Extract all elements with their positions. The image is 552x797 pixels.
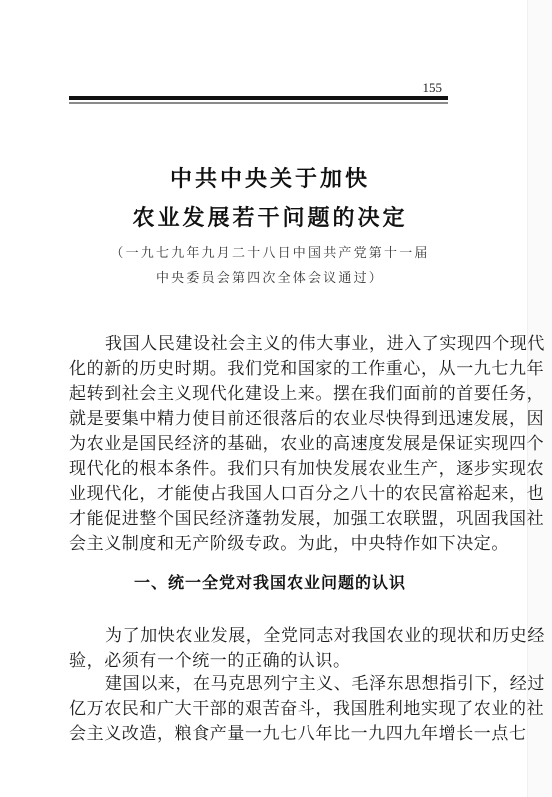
text-line: 建国以来，在马克思列宁主义、毛泽东思想指引下，经过 xyxy=(69,672,473,697)
text-line: 亿万农民和广大干部的艰苦奋斗，我国胜利地实现了农业的社 xyxy=(69,697,473,722)
text-line: 为农业是国民经济的基础，农业的高速度发展是保证实现四个 xyxy=(69,432,473,457)
text-line: 会主义改造，粮食产量一九七八年比一九四九年增长一点七 xyxy=(69,722,473,747)
document-subtitle-line-1: （一九七九年九月二十八日中国共产党第十一届 xyxy=(60,242,480,261)
text-line: 我国人民建设社会主义的伟大事业，进入了实现四个现代 xyxy=(69,332,473,357)
document-title-line-2: 农业发展若干问题的决定 xyxy=(69,201,471,232)
text-line: 才能促进整个国民经济蓬勃发展，加强工农联盟，巩固我国社 xyxy=(69,507,473,532)
document-title-line-1: 中共中央关于加快 xyxy=(69,162,471,193)
text-line: 会主义制度和无产阶级专政。为此，中央特作如下决定。 xyxy=(69,532,473,557)
text-line: 起转到社会主义现代化建设上来。摆在我们面前的首要任务， xyxy=(69,382,473,407)
intro-paragraph: 我国人民建设社会主义的伟大事业，进入了实现四个现代 化的新的历史时期。我们党和国… xyxy=(69,332,473,557)
section-heading: 一、统一全党对我国农业问题的认识 xyxy=(69,570,471,593)
document-subtitle-line-2: 中央委员会第四次全体会议通过） xyxy=(60,267,480,286)
header-rule-thin xyxy=(69,102,448,104)
page-number: 155 xyxy=(380,80,442,96)
text-line: 化的新的历史时期。我们党和国家的工作重心，从一九七九年 xyxy=(69,357,473,382)
text-line: 验，必须有一个统一的正确的认识。 xyxy=(69,649,473,674)
header-rule-thick xyxy=(69,96,448,100)
section-paragraph-2: 建国以来，在马克思列宁主义、毛泽东思想指引下，经过 亿万农民和广大干部的艰苦奋斗… xyxy=(69,672,473,747)
section-paragraph-1: 为了加快农业发展，全党同志对我国农业的现状和历史经 验，必须有一个统一的正确的认… xyxy=(69,624,473,674)
text-line: 为了加快农业发展，全党同志对我国农业的现状和历史经 xyxy=(69,624,473,649)
text-line: 现代化的根本条件。我们只有加快发展农业生产，逐步实现农 xyxy=(69,457,473,482)
text-line: 业现代化，才能使占我国人口百分之八十的农民富裕起来，也 xyxy=(69,482,473,507)
text-line: 就是要集中精力使目前还很落后的农业尽快得到迅速发展，因 xyxy=(69,407,473,432)
